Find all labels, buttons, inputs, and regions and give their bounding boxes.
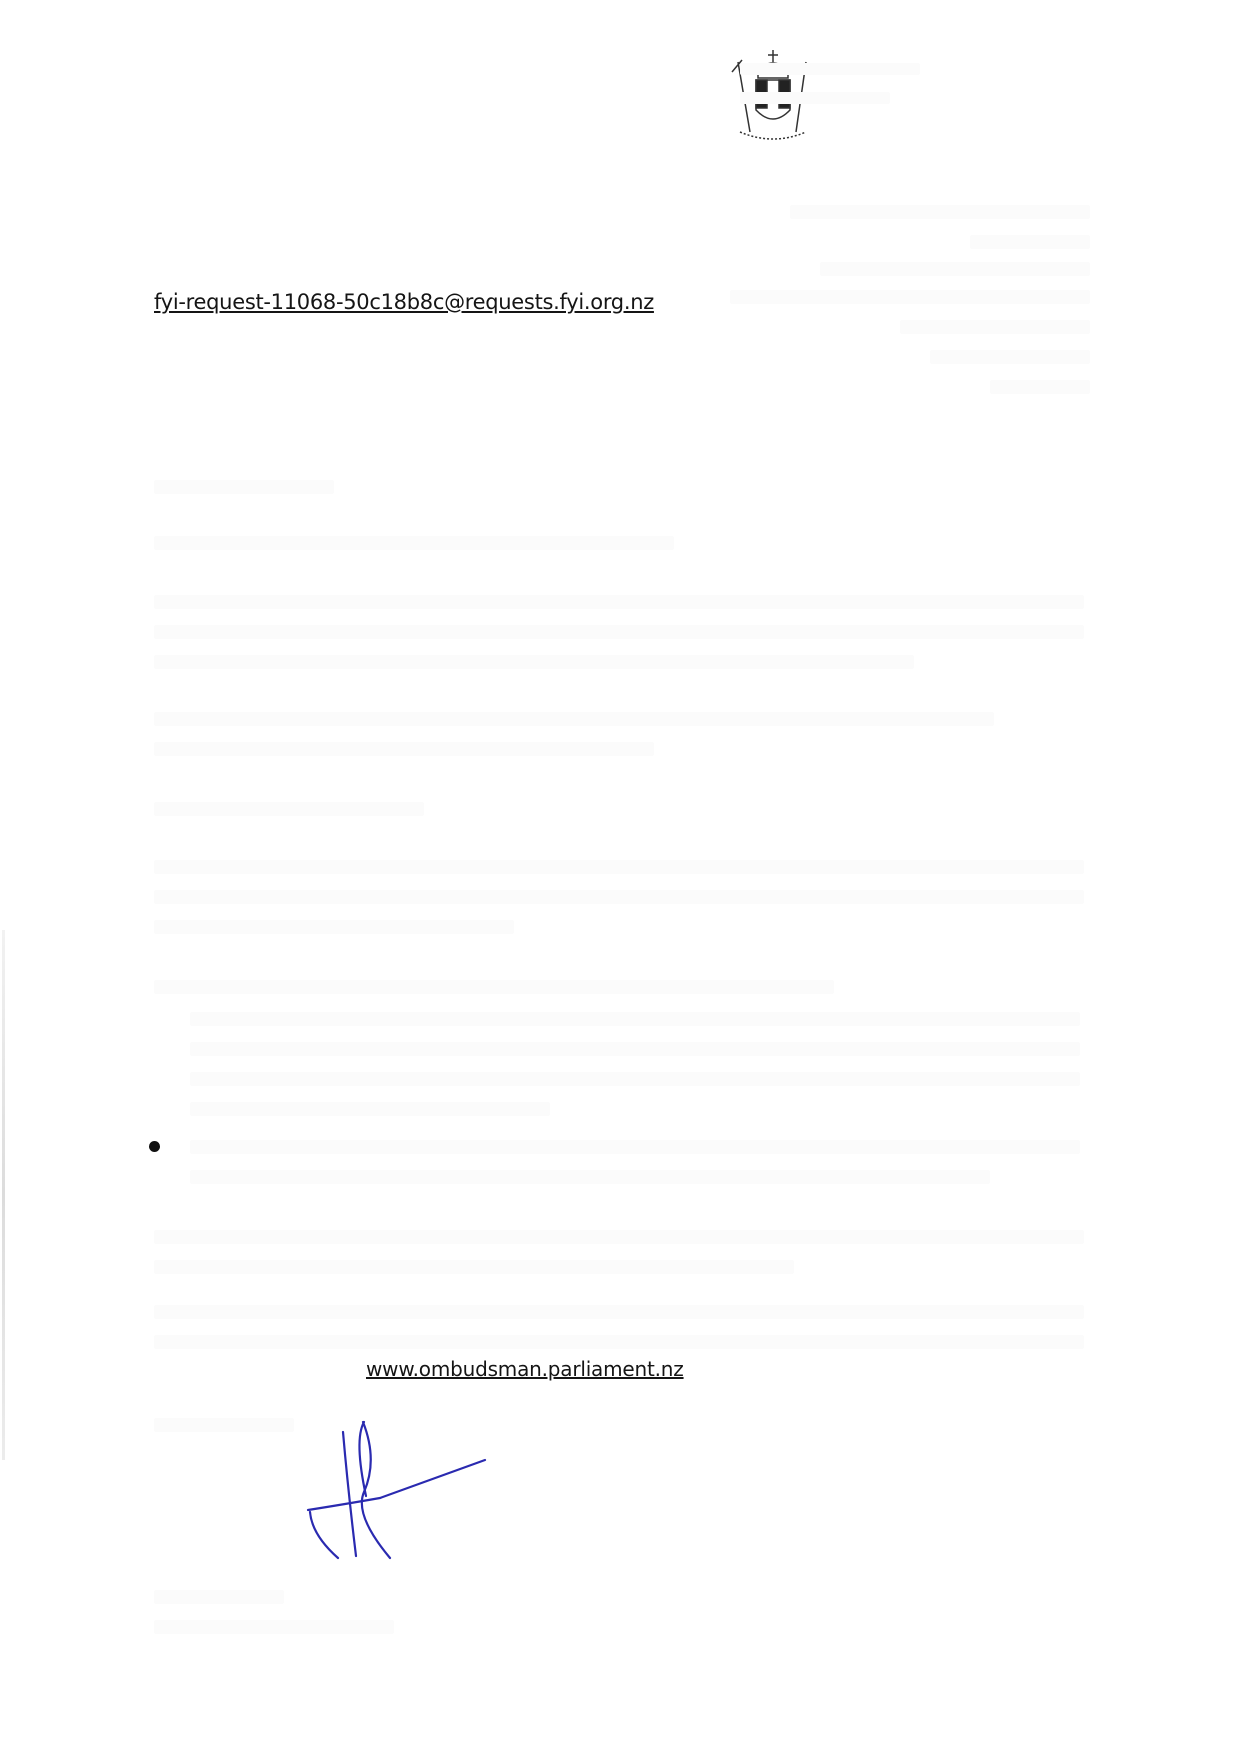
- faded-text-line: [930, 350, 1090, 364]
- faded-text-line: [990, 380, 1090, 394]
- faded-text-line: [740, 92, 890, 104]
- faded-text-line: [154, 625, 1084, 639]
- faded-text-line: [154, 595, 1084, 609]
- faded-text-line: [820, 262, 1090, 276]
- faded-text-line: [154, 712, 994, 726]
- faded-text-line: [154, 1260, 794, 1274]
- faded-text-line: [154, 1230, 1084, 1244]
- faded-text-line: [190, 1072, 1080, 1086]
- faded-text-line: [730, 290, 1090, 304]
- faded-text-line: [154, 890, 1084, 904]
- faded-text-line: [154, 1418, 294, 1432]
- faded-text-line: [154, 1335, 1084, 1349]
- faded-text-line: [190, 1012, 1080, 1026]
- signature: [290, 1400, 490, 1560]
- faded-text-line: [154, 1620, 394, 1634]
- faded-text-line: [154, 536, 674, 550]
- faded-text-line: [154, 655, 914, 669]
- faded-text-line: [154, 920, 514, 934]
- faded-text-line: [740, 63, 920, 75]
- faded-text-line: [154, 980, 834, 994]
- faded-text-line: [154, 742, 654, 756]
- scan-edge-shadow: [2, 930, 5, 1460]
- faded-text-line: [154, 860, 1084, 874]
- faded-text-line: [154, 1590, 284, 1604]
- faded-text-line: [190, 1102, 550, 1116]
- faded-text-line: [154, 480, 334, 494]
- faded-text-line: [190, 1042, 1080, 1056]
- faded-text-line: [790, 205, 1090, 219]
- recipient-email-link[interactable]: fyi-request-11068-50c18b8c@requests.fyi.…: [154, 290, 654, 314]
- list-bullet: [149, 1141, 160, 1152]
- faded-text-line: [190, 1140, 1080, 1154]
- faded-text-line: [900, 320, 1090, 334]
- ombudsman-website-link[interactable]: www.ombudsman.parliament.nz: [366, 1357, 684, 1381]
- faded-text-line: [970, 235, 1090, 249]
- faded-text-line: [154, 1305, 1084, 1319]
- faded-text-line: [154, 802, 424, 816]
- faded-text-line: [190, 1170, 990, 1184]
